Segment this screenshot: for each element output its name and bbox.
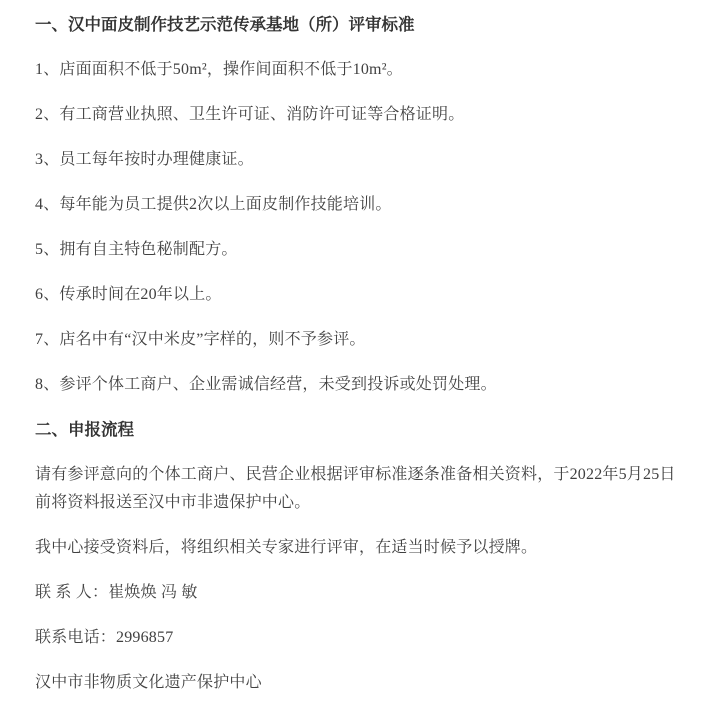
contact-phone-line: 联系电话：2996857 [35,624,690,652]
contact-person-line: 联 系 人：崔焕焕 冯 敏 [35,579,690,607]
section2-heading: 二、申报流程 [35,416,690,444]
organization-line: 汉中市非物质文化遗产保护中心 [35,669,690,697]
criteria-item-7: 7、店名中有“汉中米皮”字样的，则不予参评。 [35,326,690,354]
criteria-item-8: 8、参评个体工商户、企业需诚信经营，未受到投诉或处罚处理。 [35,371,690,399]
criteria-item-6: 6、传承时间在20年以上。 [35,281,690,309]
document-body: 一、汉中面皮制作技艺示范传承基地（所）评审标准 1、店面面积不低于50m²，操作… [0,0,703,697]
criteria-item-5: 5、拥有自主特色秘制配方。 [35,236,690,264]
criteria-item-4: 4、每年能为员工提供2次以上面皮制作技能培训。 [35,191,690,219]
review-paragraph: 我中心接受资料后，将组织相关专家进行评审，在适当时候予以授牌。 [35,534,690,562]
criteria-item-1: 1、店面面积不低于50m²，操作间面积不低于10m²。 [35,56,690,84]
criteria-item-2: 2、有工商营业执照、卫生许可证、消防许可证等合格证明。 [35,101,690,129]
section1-heading: 一、汉中面皮制作技艺示范传承基地（所）评审标准 [35,11,690,39]
application-paragraph: 请有参评意向的个体工商户、民营企业根据评审标准逐条准备相关资料，于2022年5月… [35,461,690,517]
criteria-item-3: 3、员工每年按时办理健康证。 [35,146,690,174]
